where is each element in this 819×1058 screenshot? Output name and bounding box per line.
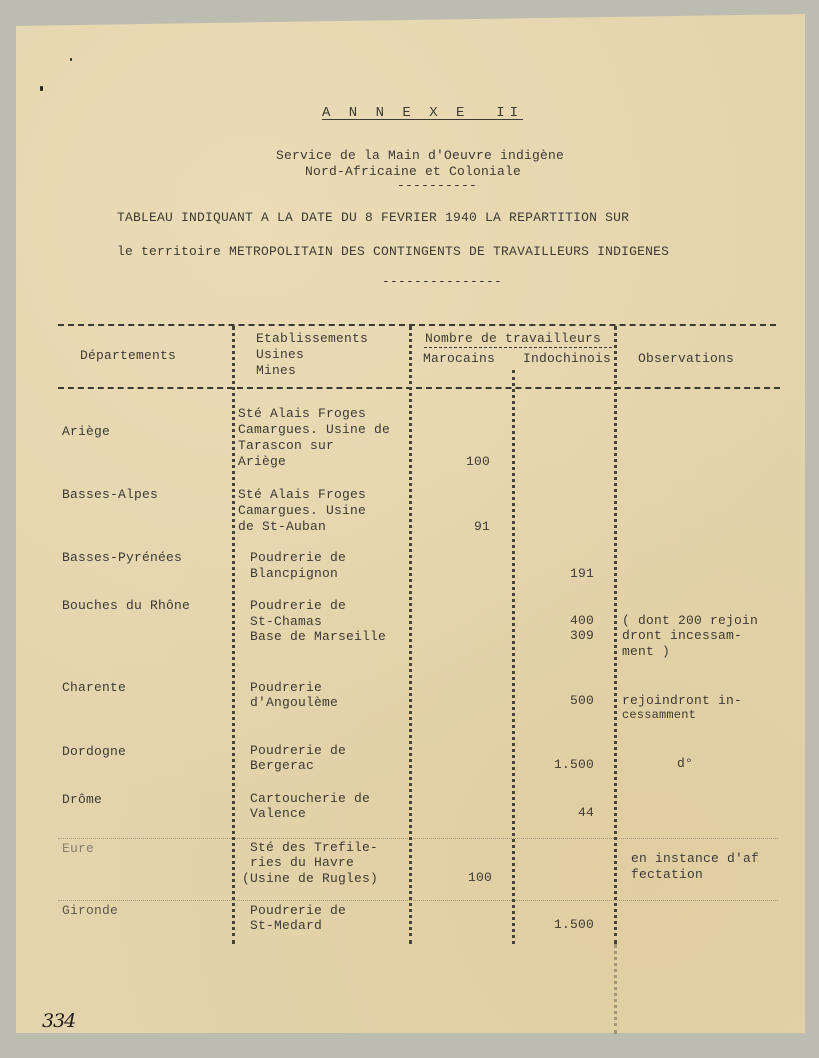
cell-indochinois: 500 bbox=[530, 693, 594, 708]
cell-etablissement: Valence bbox=[250, 806, 306, 821]
column-separator bbox=[512, 370, 515, 944]
cell-indochinois: 191 bbox=[530, 566, 594, 581]
cell-etablissement: Bergerac bbox=[250, 758, 314, 773]
handwritten-page-number: 334 bbox=[42, 1010, 75, 1032]
cell-departement: Ariège bbox=[62, 424, 110, 439]
cell-indochinois: 44 bbox=[530, 805, 594, 820]
service-line-1: Service de la Main d'Oeuvre indigène bbox=[276, 148, 564, 163]
cell-etablissement: Camargues. Usine de bbox=[238, 422, 390, 437]
cell-etablissement: Sté Alais Froges bbox=[238, 487, 366, 502]
header-marocains: Marocains bbox=[423, 351, 495, 366]
cell-observations: ( dont 200 rejoin bbox=[622, 613, 758, 628]
table-title-line-2: le territoire METROPOLITAIN DES CONTINGE… bbox=[117, 244, 669, 259]
faint-rule bbox=[58, 838, 778, 839]
header-nombre-travailleurs: Nombre de travailleurs bbox=[425, 331, 601, 346]
header-indochinois: Indochinois bbox=[523, 351, 611, 366]
cell-observations: rejoindront in- bbox=[622, 693, 742, 708]
cell-departement: Drôme bbox=[62, 792, 102, 807]
cell-etablissement: de St-Auban bbox=[238, 519, 326, 534]
cell-etablissement: St-Chamas bbox=[250, 614, 322, 629]
cell-departement: Charente bbox=[62, 680, 126, 695]
cell-etablissement: d'Angoulème bbox=[250, 695, 338, 710]
table-top-rule bbox=[58, 324, 776, 326]
header-usines: Usines bbox=[256, 347, 304, 362]
annex-title: A N N E X E II bbox=[322, 105, 523, 121]
cell-etablissement: Poudrerie de bbox=[250, 598, 346, 613]
cell-indochinois: 1.500 bbox=[530, 917, 594, 932]
cell-etablissement: Base de Marseille bbox=[250, 629, 386, 644]
cell-departement: Basses-Alpes bbox=[62, 487, 158, 502]
cell-indochinois: 309 bbox=[530, 628, 594, 643]
header-mines: Mines bbox=[256, 363, 296, 378]
cell-observations: ment ) bbox=[622, 644, 670, 659]
group-header-underline bbox=[424, 347, 612, 348]
cell-observations: fectation bbox=[631, 867, 703, 882]
cell-observations-ditto: d° bbox=[677, 756, 693, 771]
cell-indochinois: 1.500 bbox=[530, 757, 594, 772]
cell-departement: Gironde bbox=[62, 903, 118, 918]
column-separator bbox=[232, 326, 235, 944]
cell-observations: dront incessam- bbox=[622, 628, 742, 643]
service-line-2: Nord-Africaine et Coloniale bbox=[305, 164, 521, 179]
cell-marocains: 100 bbox=[430, 454, 490, 469]
cell-marocains: 100 bbox=[430, 870, 492, 885]
cell-departement: Dordogne bbox=[62, 744, 126, 759]
column-separator-faint bbox=[614, 944, 617, 1034]
cell-etablissement: Blancpignon bbox=[250, 566, 338, 581]
column-separator bbox=[614, 326, 617, 944]
ink-speck bbox=[40, 86, 43, 91]
cell-departement: Bouches du Rhône bbox=[62, 598, 190, 613]
header-observations: Observations bbox=[638, 351, 734, 366]
table-title-line-1: TABLEAU INDIQUANT A LA DATE DU 8 FEVRIER… bbox=[117, 210, 629, 225]
header-etablissements: Etablissements bbox=[256, 331, 368, 346]
cell-etablissement: Camargues. Usine bbox=[238, 503, 366, 518]
table-header-rule bbox=[58, 387, 780, 389]
cell-etablissement: Cartoucherie de bbox=[250, 791, 370, 806]
column-separator bbox=[409, 326, 412, 944]
faint-rule bbox=[58, 900, 778, 901]
ink-speck bbox=[70, 58, 72, 61]
cell-observations: cessamment bbox=[622, 708, 696, 722]
cell-departement: Basses-Pyrénées bbox=[62, 550, 182, 565]
header-departements: Départements bbox=[80, 348, 176, 363]
cell-etablissement: St-Medard bbox=[250, 918, 322, 933]
cell-marocains: 91 bbox=[430, 519, 490, 534]
cell-etablissement: Sté des Trefile- bbox=[250, 840, 378, 855]
cell-etablissement: Poudrerie de bbox=[250, 743, 346, 758]
title-rule: --------------- bbox=[382, 274, 502, 289]
cell-etablissement: Poudrerie bbox=[250, 680, 322, 695]
cell-etablissement: Sté Alais Froges bbox=[238, 406, 366, 421]
cell-observations: en instance d'af bbox=[631, 851, 759, 866]
cell-etablissement: ries du Havre bbox=[250, 855, 354, 870]
cell-etablissement: Tarascon sur bbox=[238, 438, 334, 453]
cell-departement: Eure bbox=[62, 841, 94, 856]
cell-etablissement: Poudrerie de bbox=[250, 903, 346, 918]
cell-etablissement: Poudrerie de bbox=[250, 550, 346, 565]
service-rule: ---------- bbox=[397, 178, 477, 193]
cell-etablissement: (Usine de Rugles) bbox=[242, 871, 378, 886]
cell-etablissement: Ariège bbox=[238, 454, 286, 469]
cell-indochinois: 400 bbox=[530, 613, 594, 628]
